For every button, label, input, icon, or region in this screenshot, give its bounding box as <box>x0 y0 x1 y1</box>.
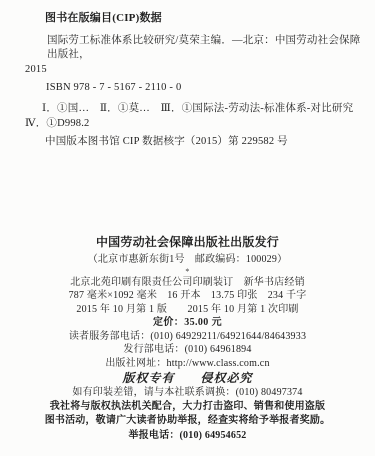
cip-heading: 图书在版编目(CIP)数据 <box>45 11 363 25</box>
cip-classification-line2: Ⅳ．①D998.2 <box>25 117 363 131</box>
printer-distributor-line: 北京北苑印刷有限责任公司印刷装订 新华书店经销 <box>0 276 375 290</box>
divider-asterisk: * <box>0 267 375 276</box>
publisher-name: 中国劳动社会保障出版社出版发行 <box>0 234 375 250</box>
colophon-block: 中国劳动社会保障出版社出版发行 （北京市惠新东街1号 邮政编码：100029） … <box>0 234 375 443</box>
cip-entry-line1: 国际劳工标准体系比较研究/莫荣主编．—北京：中国劳动社会保障出版社， <box>47 34 363 62</box>
exchange-contact-line: 如有印装差错，请与本社联系调换：(010) 80497374 <box>0 386 375 400</box>
book-copyright-page: 图书在版编目(CIP)数据 国际劳工标准体系比较研究/莫荣主编．—北京：中国劳动… <box>0 0 375 456</box>
isbn-number: ISBN 978 - 7 - 5167 - 2110 - 0 <box>46 81 363 95</box>
cip-classification-line1: Ⅰ．①国… Ⅱ．①莫… Ⅲ．①国际法-劳动法-标准体系-对比研究 <box>42 102 363 116</box>
price-line: 定价：35.00 元 <box>0 316 375 330</box>
distribution-phone: 发行部电话：(010) 64961894 <box>0 343 375 357</box>
report-phone: 举报电话：(010) 64954652 <box>0 429 375 443</box>
cip-record-number: 中国版本图书馆 CIP 数据核字（2015）第 229582 号 <box>45 135 363 149</box>
piracy-warning-line1: 我社将与版权执法机关配合，大力打击盗印、销售和使用盗版 <box>0 400 375 415</box>
copyright-notice: 版权专有 侵权必究 <box>0 370 375 386</box>
publisher-address: （北京市惠新东街1号 邮政编码：100029） <box>0 253 375 267</box>
piracy-warning-line2: 图书活动，敬请广大读者协助举报，经查实将给予举报者奖励。 <box>0 414 375 429</box>
format-line: 787 毫米×1092 毫米 16 开本 13.75 印张 234 千字 <box>0 289 375 303</box>
publisher-website: 出版社网址：http://www.class.com.cn <box>0 357 375 371</box>
edition-line: 2015 年 10 月第 1 版 2015 年 10 月第 1 次印刷 <box>0 303 375 317</box>
reader-service-phone: 读者服务部电话：(010) 64929211/64921644/84643933 <box>0 330 375 344</box>
cip-entry-line2: 2015 <box>25 63 363 77</box>
cip-data-block: 图书在版编目(CIP)数据 国际劳工标准体系比较研究/莫荣主编．—北京：中国劳动… <box>25 11 363 149</box>
